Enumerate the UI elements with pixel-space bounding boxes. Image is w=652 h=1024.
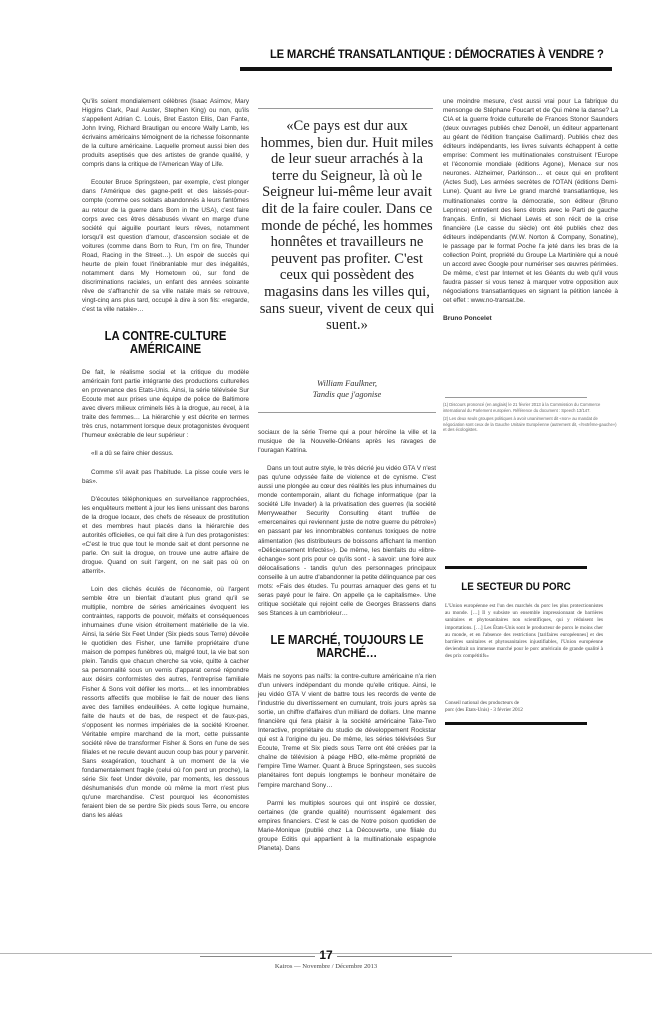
paragraph: D'écoutes téléphoniques en surveillance … xyxy=(82,495,249,576)
page-number-line-right xyxy=(337,956,452,957)
page-number-line-left xyxy=(200,956,315,957)
footnotes: (1) Discours prononcé (en anglais) le 21… xyxy=(443,402,618,436)
box-source-line-2: porc (des Etats-Unis) - 3 février 2012 xyxy=(445,707,605,714)
paragraph: Dans un tout autre style, le très décrié… xyxy=(258,464,436,618)
quote-work: Tandis que j'agonise xyxy=(258,389,436,400)
column-3: une moindre mesure, c'est aussi vrai pou… xyxy=(443,97,618,332)
pull-quote: «Ce pays est dur aux hommes, bien dur. H… xyxy=(258,118,436,334)
quote-rule-bottom xyxy=(258,412,436,413)
footnote-rule xyxy=(445,397,587,398)
header-rule xyxy=(240,67,612,71)
box-title: LE SECTEUR DU PORC xyxy=(451,581,582,593)
paragraph: Mais ne soyons pas naïfs: la contre-cult… xyxy=(258,672,436,790)
paragraph: «Il a dû se faire chier dessus. xyxy=(82,449,249,458)
author-signature: Bruno Poncelet xyxy=(443,314,618,323)
page-number: 17 xyxy=(316,948,336,962)
paragraph: Comme s'il avait pas l'habitude. La piss… xyxy=(82,468,249,486)
paragraph: Parmi les multiples sources qui ont insp… xyxy=(258,799,436,853)
paragraph: sociaux de la série Treme qui a pour hér… xyxy=(258,428,436,455)
box-body: L'Union européenne est l'un des marchés … xyxy=(445,603,603,661)
publication-footer: Kairos — Novembre / Décembre 2013 xyxy=(200,963,452,970)
paragraph: une moindre mesure, c'est aussi vrai pou… xyxy=(443,97,618,305)
section-heading-le-marche: LE MARCHÉ, TOUJOURS LE MARCHÉ… xyxy=(267,634,427,660)
quote-rule-top xyxy=(258,108,433,109)
paragraph: Ecouter Bruce Springsteen, par exemple, … xyxy=(82,178,249,314)
quote-attribution: William Faulkner, Tandis que j'agonise xyxy=(258,378,436,400)
box-source: Conseil national des producteurs de porc… xyxy=(445,700,605,714)
paragraph: Qu'ils soient mondialement célèbres (Isa… xyxy=(82,97,249,169)
paragraph: De fait, le réalisme social et la critiq… xyxy=(82,368,249,440)
quote-author: William Faulkner, xyxy=(258,378,436,389)
paragraph: Loin des clichés éculés de l'économie, o… xyxy=(82,585,249,820)
section-header-title: LE MARCHÉ TRANSATLANTIQUE : DÉMOCRATIES … xyxy=(270,47,587,61)
column-1: Qu'ils soient mondialement célèbres (Isa… xyxy=(82,97,249,829)
section-heading-contre-culture: LA CONTRE-CULTURE AMÉRICAINE xyxy=(90,330,240,356)
footnote-1: (1) Discours prononcé (en anglais) le 21… xyxy=(443,402,618,413)
box-rule-top xyxy=(445,566,587,569)
column-2: sociaux de la série Treme qui a pour hér… xyxy=(258,428,436,862)
footnote-2: (2) Les deux seuls groupes politiques à … xyxy=(443,416,618,433)
box-rule-bottom xyxy=(445,722,587,725)
